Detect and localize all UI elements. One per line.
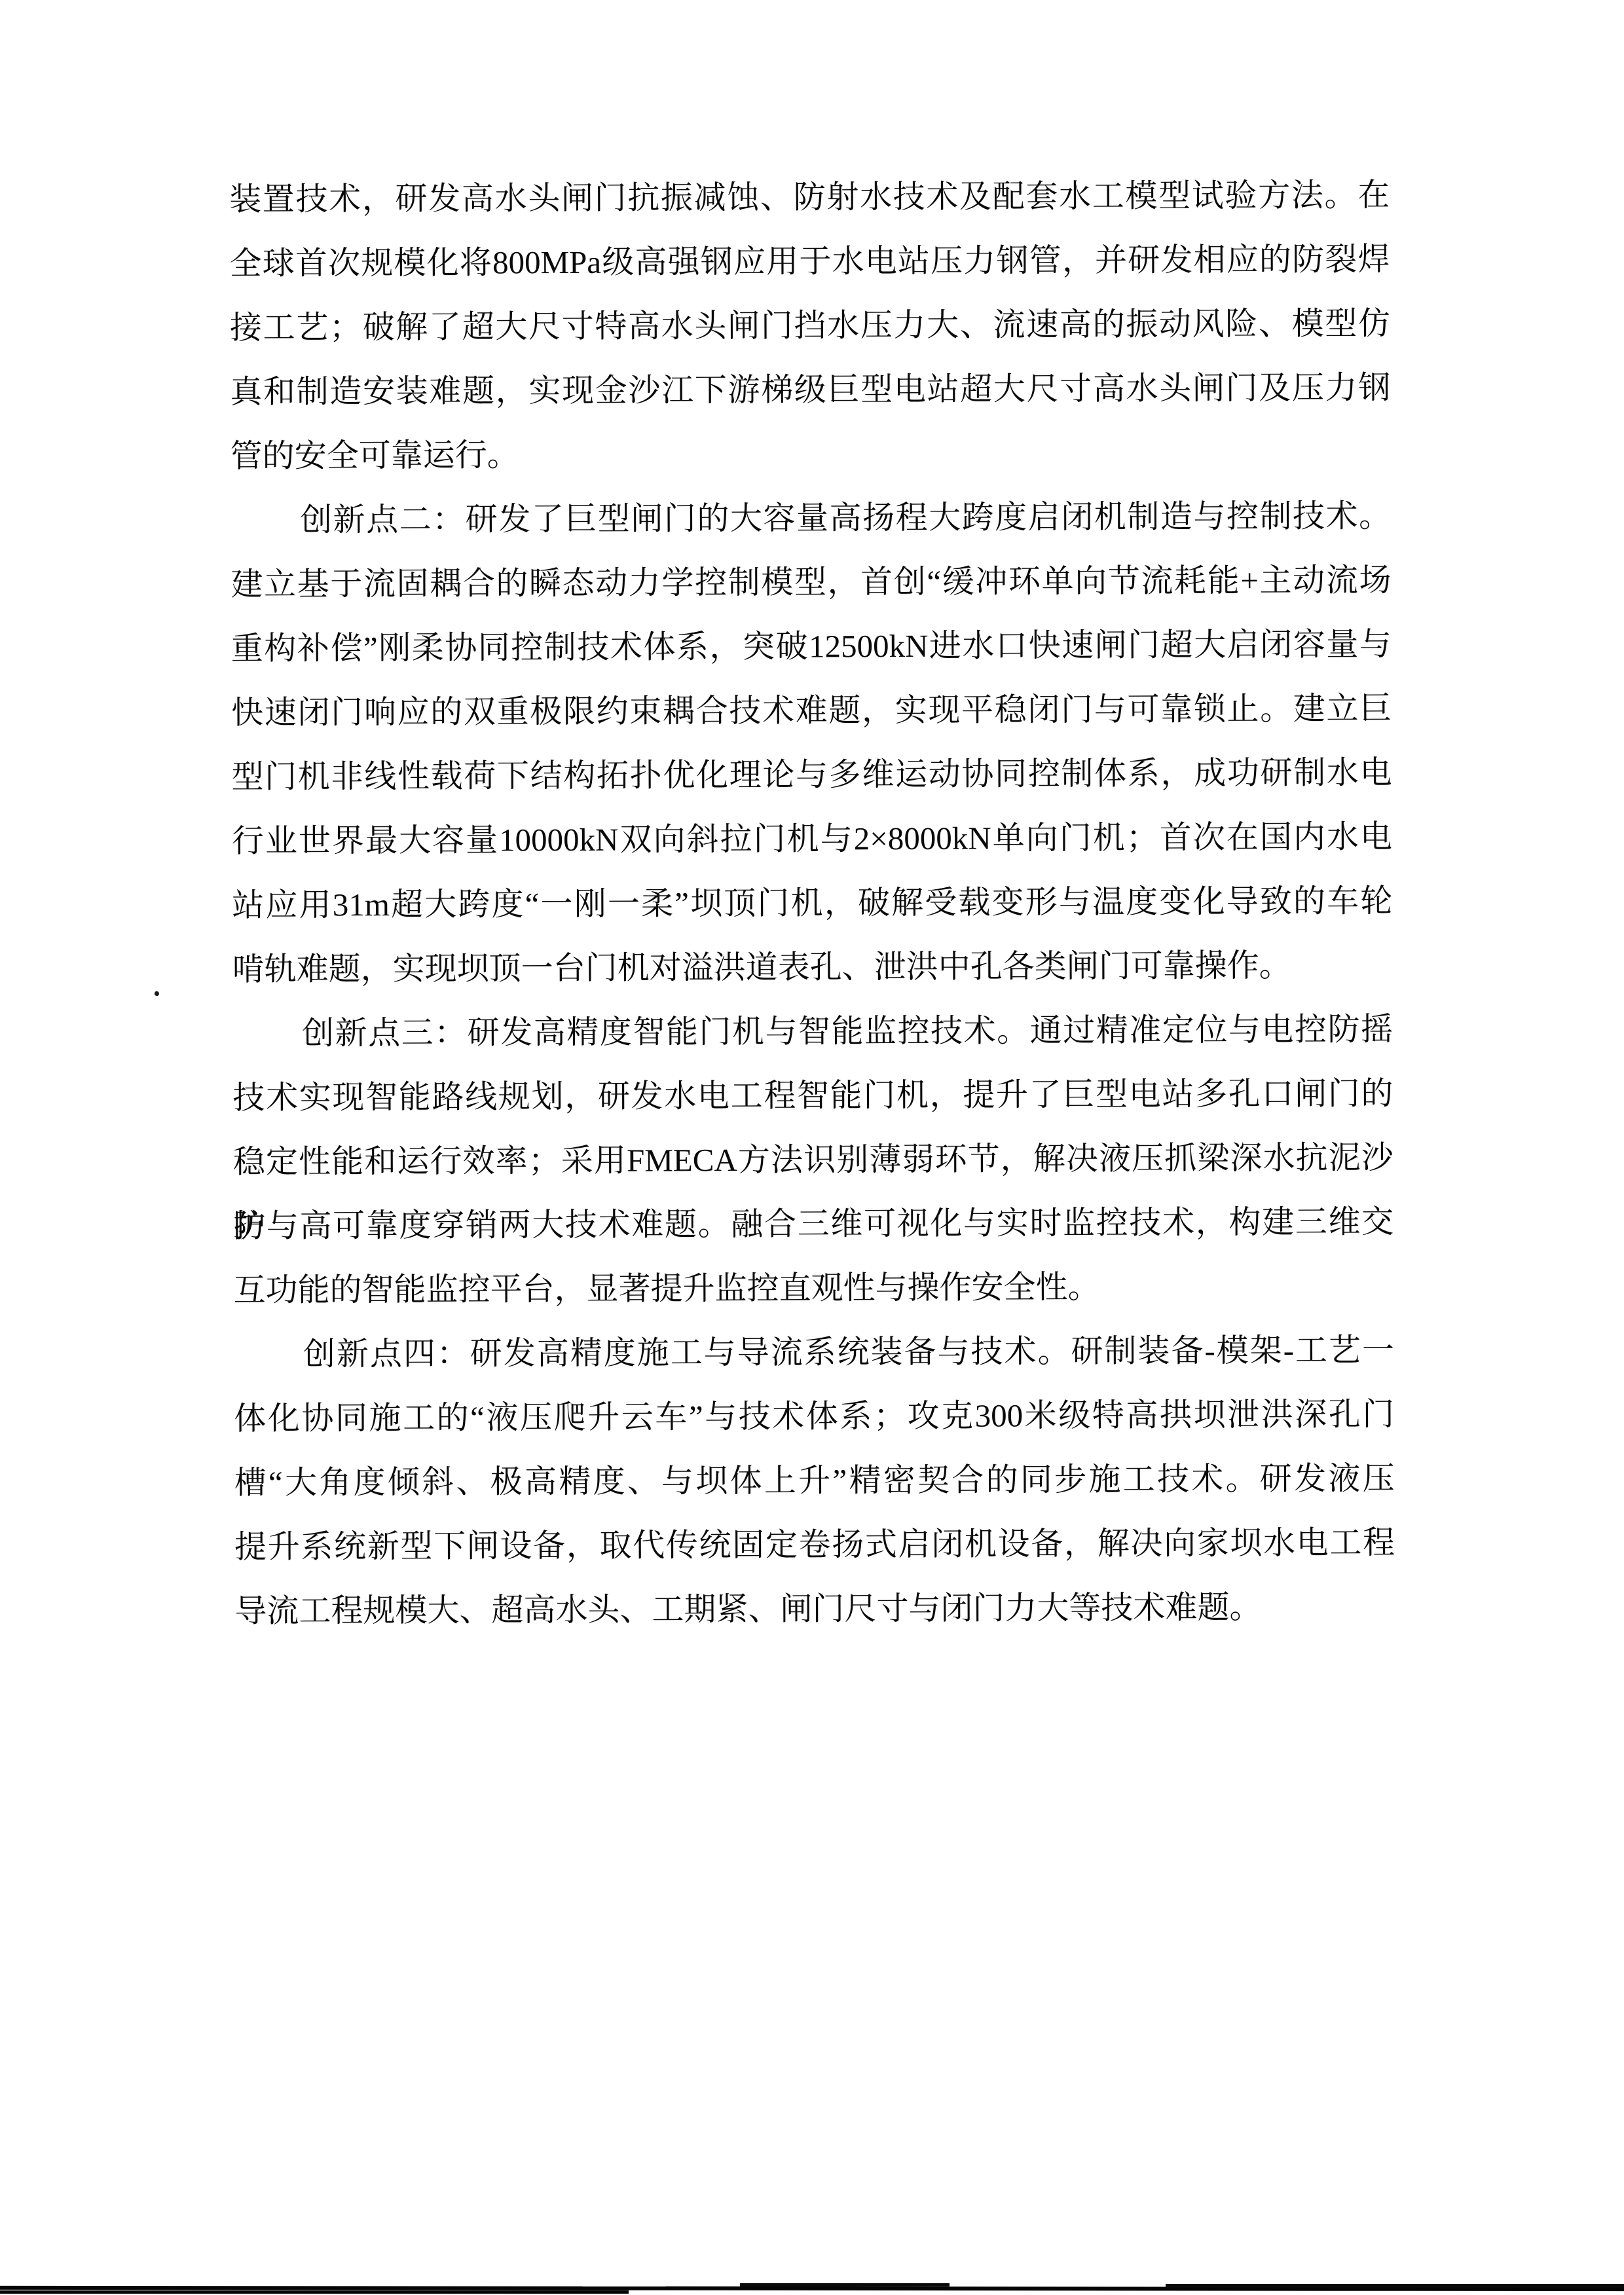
text-line: 建立基于流固耦合的瞬态动力学控制模型，首创“缓冲环单向节流耗能+主动流场 — [231, 548, 1391, 617]
text-line: 提升系统新型下闸设备，取代传统固定卷扬式启闭机设备，解决向家坝水电工程 — [234, 1511, 1395, 1579]
scanner-edge-artifact — [0, 2290, 629, 2294]
text-line: 技术实现智能路线规划，研发水电工程智能门机，提升了巨型电站多孔口闸门的 — [232, 1061, 1393, 1130]
document-body: 装置技术，研发高水头闸门抗振减蚀、防射水技术及配套水工模型试验方法。在 全球首次… — [229, 163, 1395, 1643]
text-line: 站应用31m超大跨度“一刚一柔”坝顶门机，破解受载变形与温度变化导致的车轮 — [232, 869, 1392, 938]
text-line: 啃轨难题，实现坝顶一台门机对溢洪道表孔、泄洪中孔各类闸门可靠操作。 — [232, 933, 1393, 1002]
text-line: 导流工程规模大、超高水头、工期紧、闸门尺寸与闭门力大等技术难题。 — [234, 1575, 1395, 1643]
scanner-edge-artifact — [740, 2283, 950, 2286]
paragraph-continuation: 装置技术，研发高水头闸门抗振减蚀、防射水技术及配套水工模型试验方法。在 全球首次… — [229, 163, 1391, 488]
text-line: 槽“大角度倾斜、极高精度、与坝体上升”精密契合的同步施工技术。研发液压 — [234, 1446, 1395, 1515]
text-line: 行业世界最大容量10000kN双向斜拉门机与2×8000kN单向门机；首次在国内… — [232, 805, 1392, 873]
text-line: 创新点二：研发了巨型闸门的大容量高扬程大跨度启闭机制造与控制技术。 — [231, 484, 1391, 553]
text-line: 互功能的智能监控平台，显著提升监控直观性与操作安全性。 — [233, 1254, 1393, 1323]
scanner-edge-artifact — [1166, 2284, 1624, 2288]
text-line: 创新点三：研发高精度智能门机与智能监控技术。通过精准定位与电控防摇 — [232, 997, 1393, 1066]
text-line: 护与高可靠度穿销两大技术难题。融合三维可视化与实时监控技术，构建三维交 — [233, 1190, 1393, 1258]
text-line: 管的安全可靠运行。 — [231, 420, 1391, 488]
paragraph-innovation-4: 创新点四：研发高精度施工与导流系统装备与技术。研制装备-模架-工艺一 体化协同施… — [234, 1318, 1395, 1643]
text-line: 真和制造安装难题，实现金沙江下游梯级巨型电站超大尺寸高水头闸门及压力钢 — [230, 356, 1390, 424]
text-line: 装置技术，研发高水头闸门抗振减蚀、防射水技术及配套水工模型试验方法。在 — [229, 163, 1390, 232]
ink-speck-artifact — [154, 991, 160, 997]
text-line: 型门机非线性载荷下结构拓扑优化理论与多维运动协同控制体系，成功研制水电 — [231, 741, 1392, 809]
text-line: 全球首次规模化将800MPa级高强钢应用于水电站压力钢管，并研发相应的防裂焊 — [229, 227, 1390, 296]
text-line: 稳定性能和运行效率；采用FMECA方法识别薄弱环节，解决液压抓梁深水抗泥沙防 — [233, 1126, 1393, 1194]
paragraph-innovation-2: 创新点二：研发了巨型闸门的大容量高扬程大跨度启闭机制造与控制技术。 建立基于流固… — [231, 484, 1393, 1002]
text-line: 接工艺；破解了超大尺寸特高水头闸门挡水压力大、流速高的振动风险、模型仿 — [230, 291, 1390, 360]
paragraph-innovation-3: 创新点三：研发高精度智能门机与智能监控技术。通过精准定位与电控防摇 技术实现智能… — [232, 997, 1394, 1323]
text-line: 快速闭门响应的双重极限约束耦合技术难题，实现平稳闭门与可靠锁止。建立巨 — [231, 676, 1392, 745]
text-line: 创新点四：研发高精度施工与导流系统装备与技术。研制装备-模架-工艺一 — [234, 1318, 1394, 1387]
text-line: 重构补偿”刚柔协同控制技术体系，突破12500kN进水口快速闸门超大启闭容量与 — [231, 612, 1392, 681]
text-line: 体化协同施工的“液压爬升云车”与技术体系；攻克300米级特高拱坝泄洪深孔门 — [234, 1382, 1394, 1451]
scanned-document-page: 装置技术，研发高水头闸门抗振减蚀、防射水技术及配套水工模型试验方法。在 全球首次… — [0, 0, 1624, 2295]
